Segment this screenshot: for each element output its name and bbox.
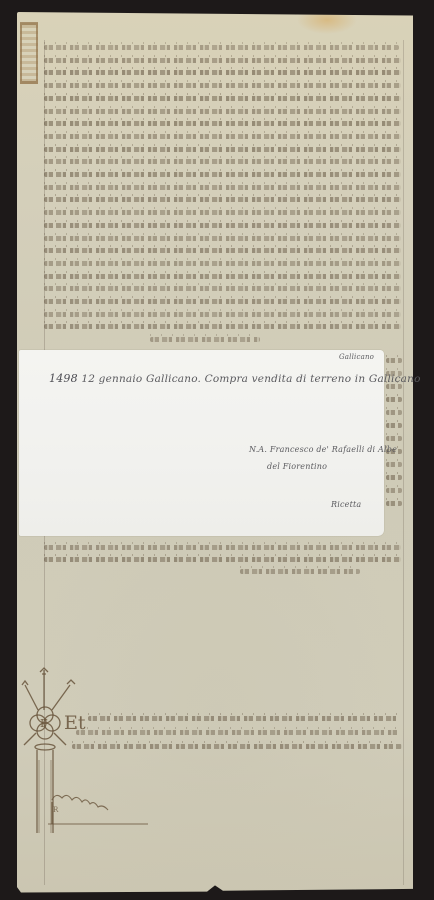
- manuscript-line: [386, 397, 402, 402]
- manuscript-line: [44, 248, 401, 253]
- manuscript-line: [44, 210, 401, 215]
- manuscript-line: [386, 410, 402, 415]
- manuscript-line: [44, 96, 401, 101]
- manuscript-line: [386, 501, 402, 506]
- manuscript-line: [44, 545, 401, 550]
- label-notary-line-3: Ricetta: [331, 500, 361, 509]
- label-notary-line-2: del Fiorentino: [267, 462, 327, 471]
- manuscript-line: [44, 70, 401, 75]
- label-date: 1498: [49, 372, 78, 385]
- right-margin-ruling: [403, 40, 404, 885]
- manuscript-line: [44, 159, 401, 164]
- manuscript-line: [44, 286, 401, 291]
- label-description: 12 gennaio Gallicano. Compra vendita di …: [81, 373, 420, 385]
- manuscript-line: [44, 172, 401, 177]
- manuscript-line: [386, 462, 402, 467]
- manuscript-line: [150, 337, 260, 342]
- manuscript-line: [44, 134, 401, 139]
- manuscript-line: [88, 716, 400, 721]
- manuscript-line: [44, 312, 401, 317]
- label-annotation-top: Gallicano: [339, 353, 374, 361]
- manuscript-line: [386, 488, 402, 493]
- svg-text:R: R: [53, 806, 59, 814]
- manuscript-line: [44, 274, 401, 279]
- manuscript-line: [44, 324, 401, 329]
- archival-label: Gallicano 1498 12 gennaio Gallicano. Com…: [19, 350, 384, 536]
- closing-paragraph-initial: Et: [64, 712, 86, 734]
- notary-sign-base-flourish: R: [48, 790, 148, 825]
- manuscript-line: [44, 147, 401, 152]
- manuscript-line: [386, 423, 402, 428]
- manuscript-line: [72, 744, 402, 749]
- manuscript-line: [44, 45, 399, 50]
- manuscript-line: [44, 185, 401, 190]
- svg-text:F: F: [40, 717, 48, 730]
- manuscript-line: [386, 358, 402, 363]
- manuscript-line: [44, 557, 401, 562]
- label-title: 1498 12 gennaio Gallicano. Compra vendit…: [49, 372, 421, 385]
- manuscript-line: [240, 569, 360, 574]
- manuscript-line: [44, 197, 401, 202]
- manuscript-line: [44, 261, 401, 266]
- manuscript-line: [44, 121, 401, 126]
- manuscript-line: [44, 299, 401, 304]
- label-notary-line-1: N.A. Francesco de' Rafaelli di Albe: [249, 445, 397, 454]
- manuscript-line: [386, 475, 402, 480]
- manuscript-line: [44, 58, 401, 63]
- manuscript-line: [44, 83, 401, 88]
- decorated-initial-letter: I: [20, 22, 38, 84]
- manuscript-line: [76, 730, 400, 735]
- manuscript-line: [44, 223, 401, 228]
- manuscript-line: [386, 436, 402, 441]
- manuscript-line: [44, 236, 401, 241]
- manuscript-line: [44, 109, 401, 114]
